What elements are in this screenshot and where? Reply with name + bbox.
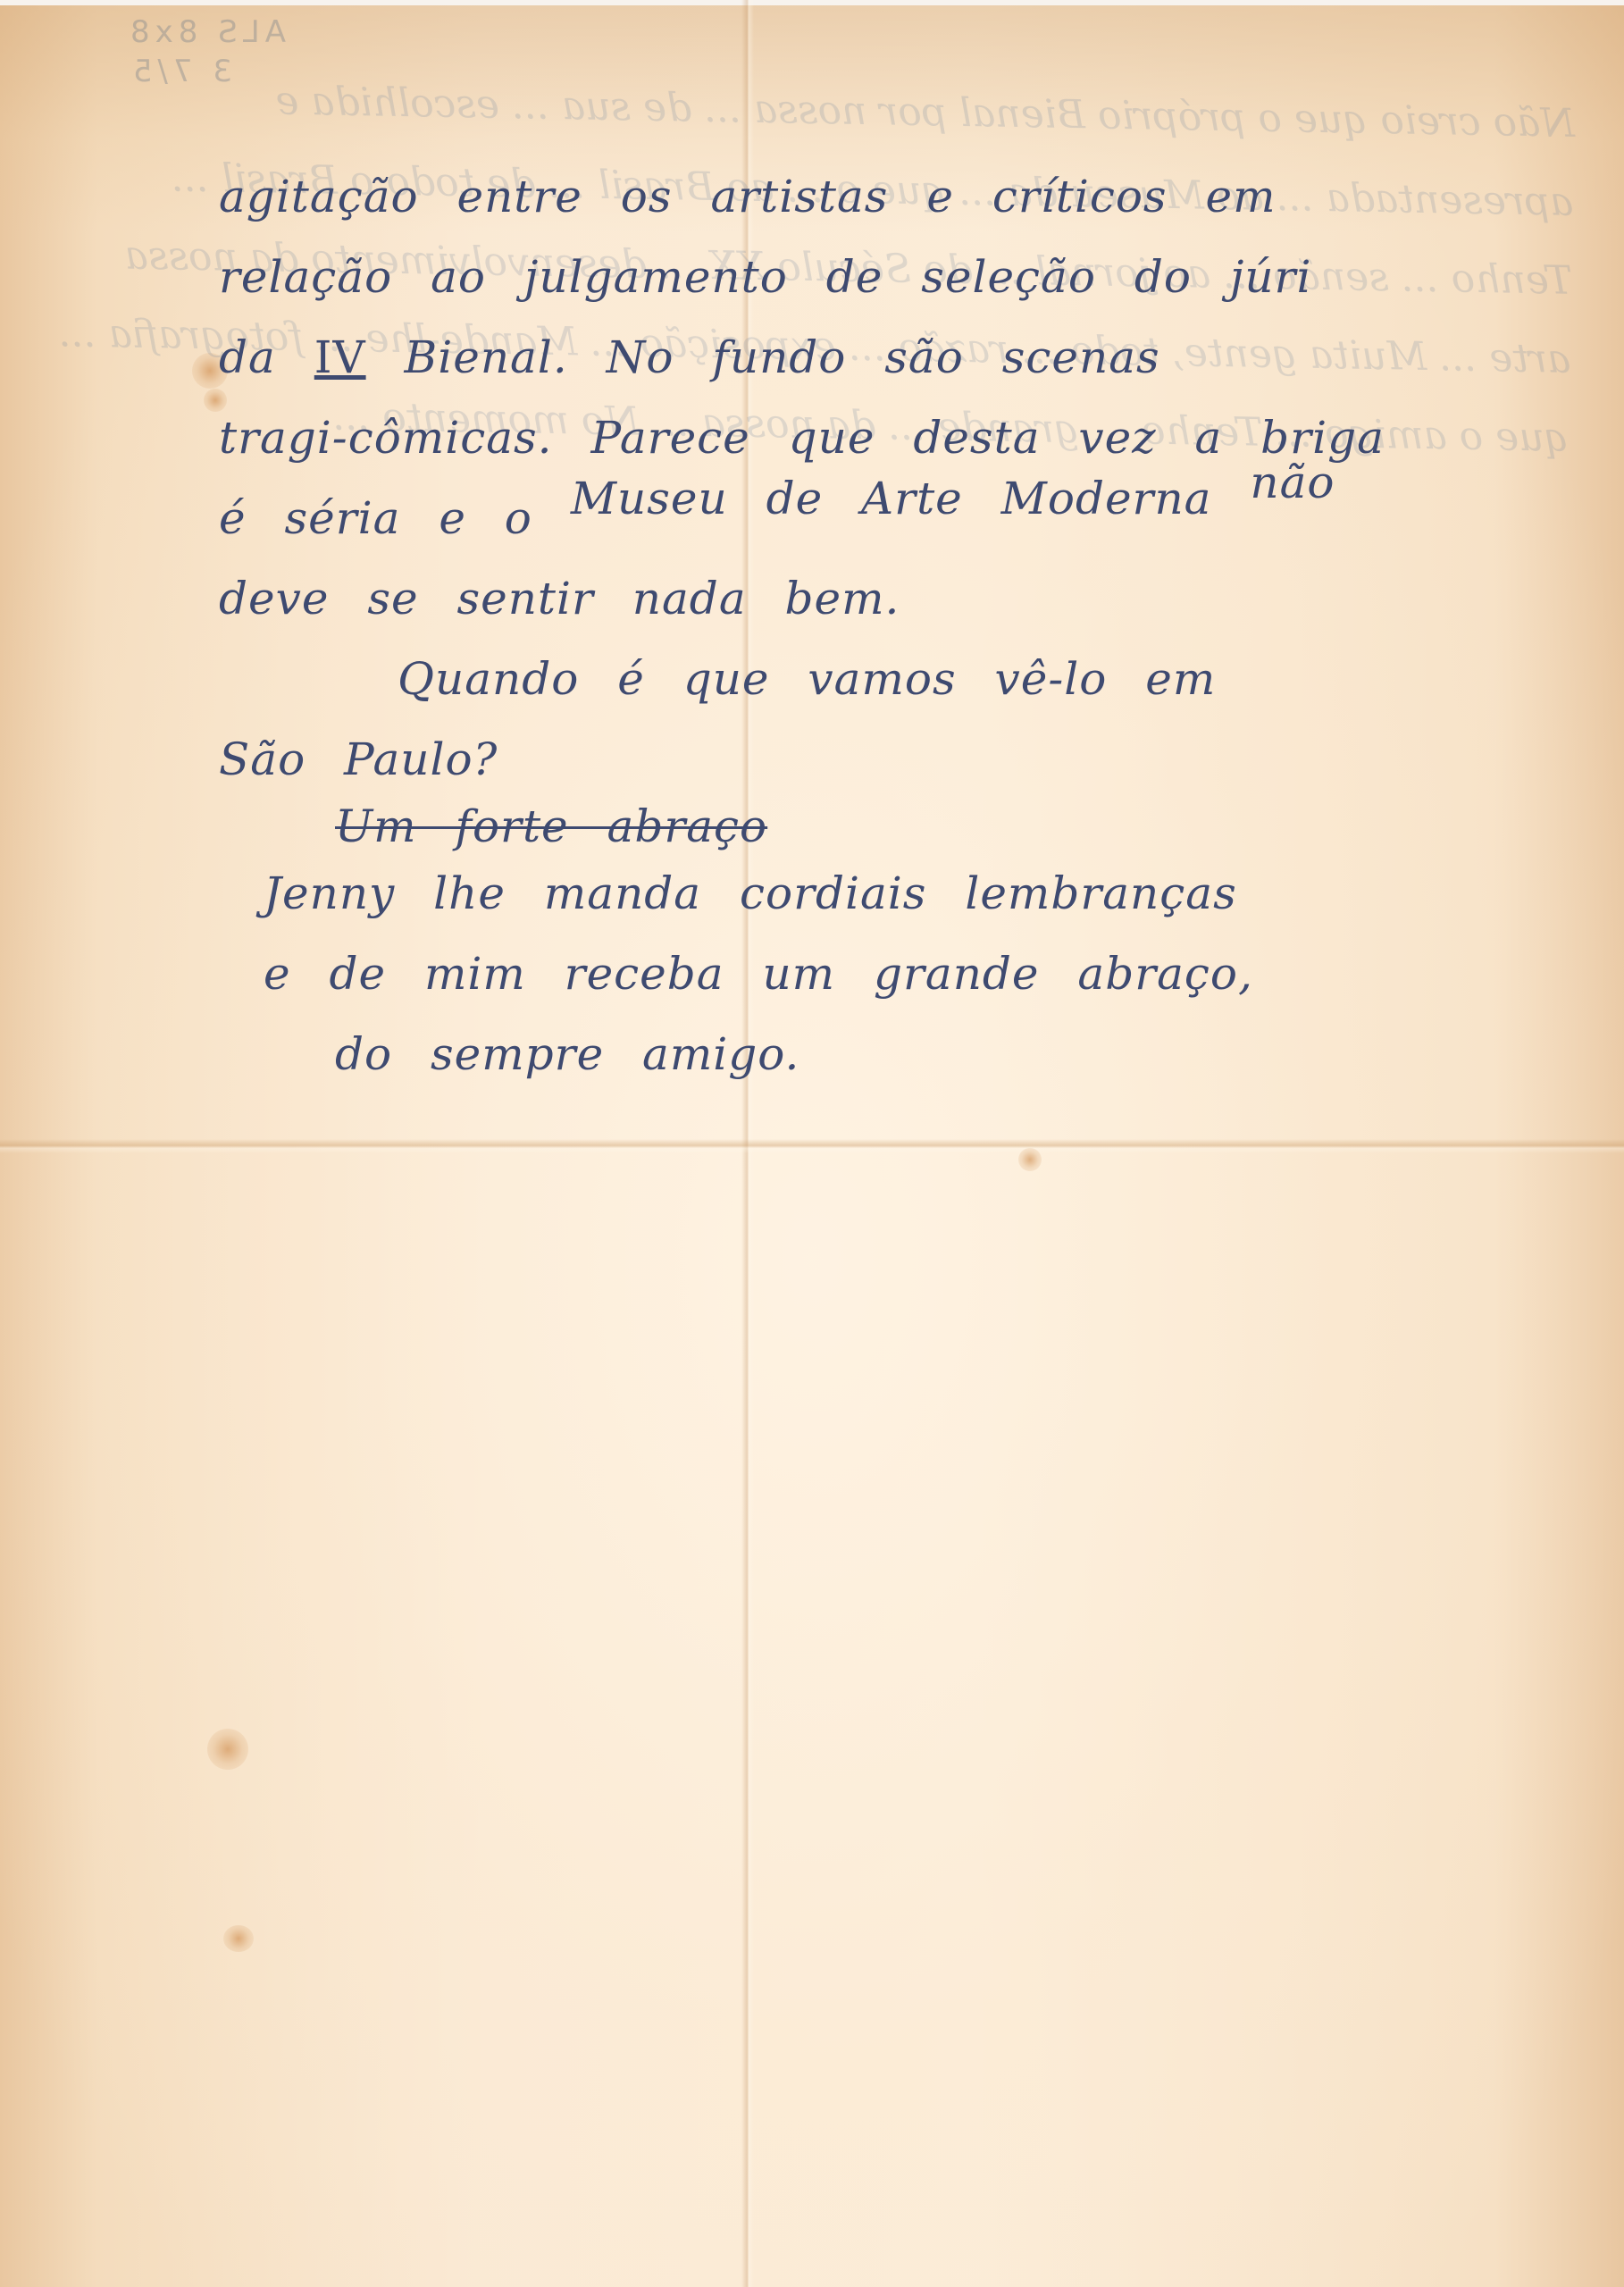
horizontal-fold-crease xyxy=(0,1139,1624,1153)
paragraph-2: Quando é que vamos vê-lo em São Paulo? xyxy=(219,639,1595,800)
paragraph-1: agitação entre os artistas e críticos em… xyxy=(219,156,1595,639)
letter-body: agitação entre os artistas e críticos em… xyxy=(219,156,1595,1094)
text-fragment: não xyxy=(1250,457,1335,508)
museum-name: Museu de Arte Moderna xyxy=(571,473,1212,524)
foxing-stain xyxy=(223,1925,254,1952)
scan-top-edge xyxy=(0,0,1624,5)
struck-through-line: Um forte abraço xyxy=(219,800,1595,853)
text-fragment: é séria e o xyxy=(219,492,532,544)
closing-line: do sempre amigo. xyxy=(219,1014,1595,1094)
foxing-stain xyxy=(1018,1148,1042,1171)
text-fragment: da xyxy=(219,331,276,383)
paragraph-3: Um forte abraço Jenny lhe manda cordiais… xyxy=(219,800,1595,1094)
letter-page: ALS 8x8 3 7/5 Não creio que o próprio Bi… xyxy=(0,0,1624,2287)
text-line: Quando é que vamos vê-lo em xyxy=(219,639,1595,719)
foxing-stain xyxy=(207,1729,248,1770)
archive-pencil-mark: ALS 8x8 3 7/5 xyxy=(125,13,286,91)
archive-mark-line2: 3 7/5 xyxy=(125,52,286,91)
text-line: tragi-cômicas. Parece que desta vez a br… xyxy=(219,398,1595,478)
text-line: e de mim receba um grande abraço, xyxy=(219,934,1595,1014)
text-line: São Paulo? xyxy=(219,719,1595,800)
text-line: Jenny lhe manda cordiais lembranças xyxy=(219,853,1595,934)
text-fragment: Bienal. No fundo são scenas xyxy=(405,331,1160,383)
text-line: agitação entre os artistas e críticos em xyxy=(219,156,1595,237)
roman-numeral: IV xyxy=(314,331,366,383)
text-line: é séria e o Museu de Arte Moderna não xyxy=(219,478,1595,558)
text-line: da IV Bienal. No fundo são scenas xyxy=(219,317,1595,398)
text-line: deve se sentir nada bem. xyxy=(219,558,1595,639)
archive-mark-line1: ALS 8x8 xyxy=(125,13,286,52)
text-line: relação ao julgamento de seleção do júri xyxy=(219,237,1595,317)
